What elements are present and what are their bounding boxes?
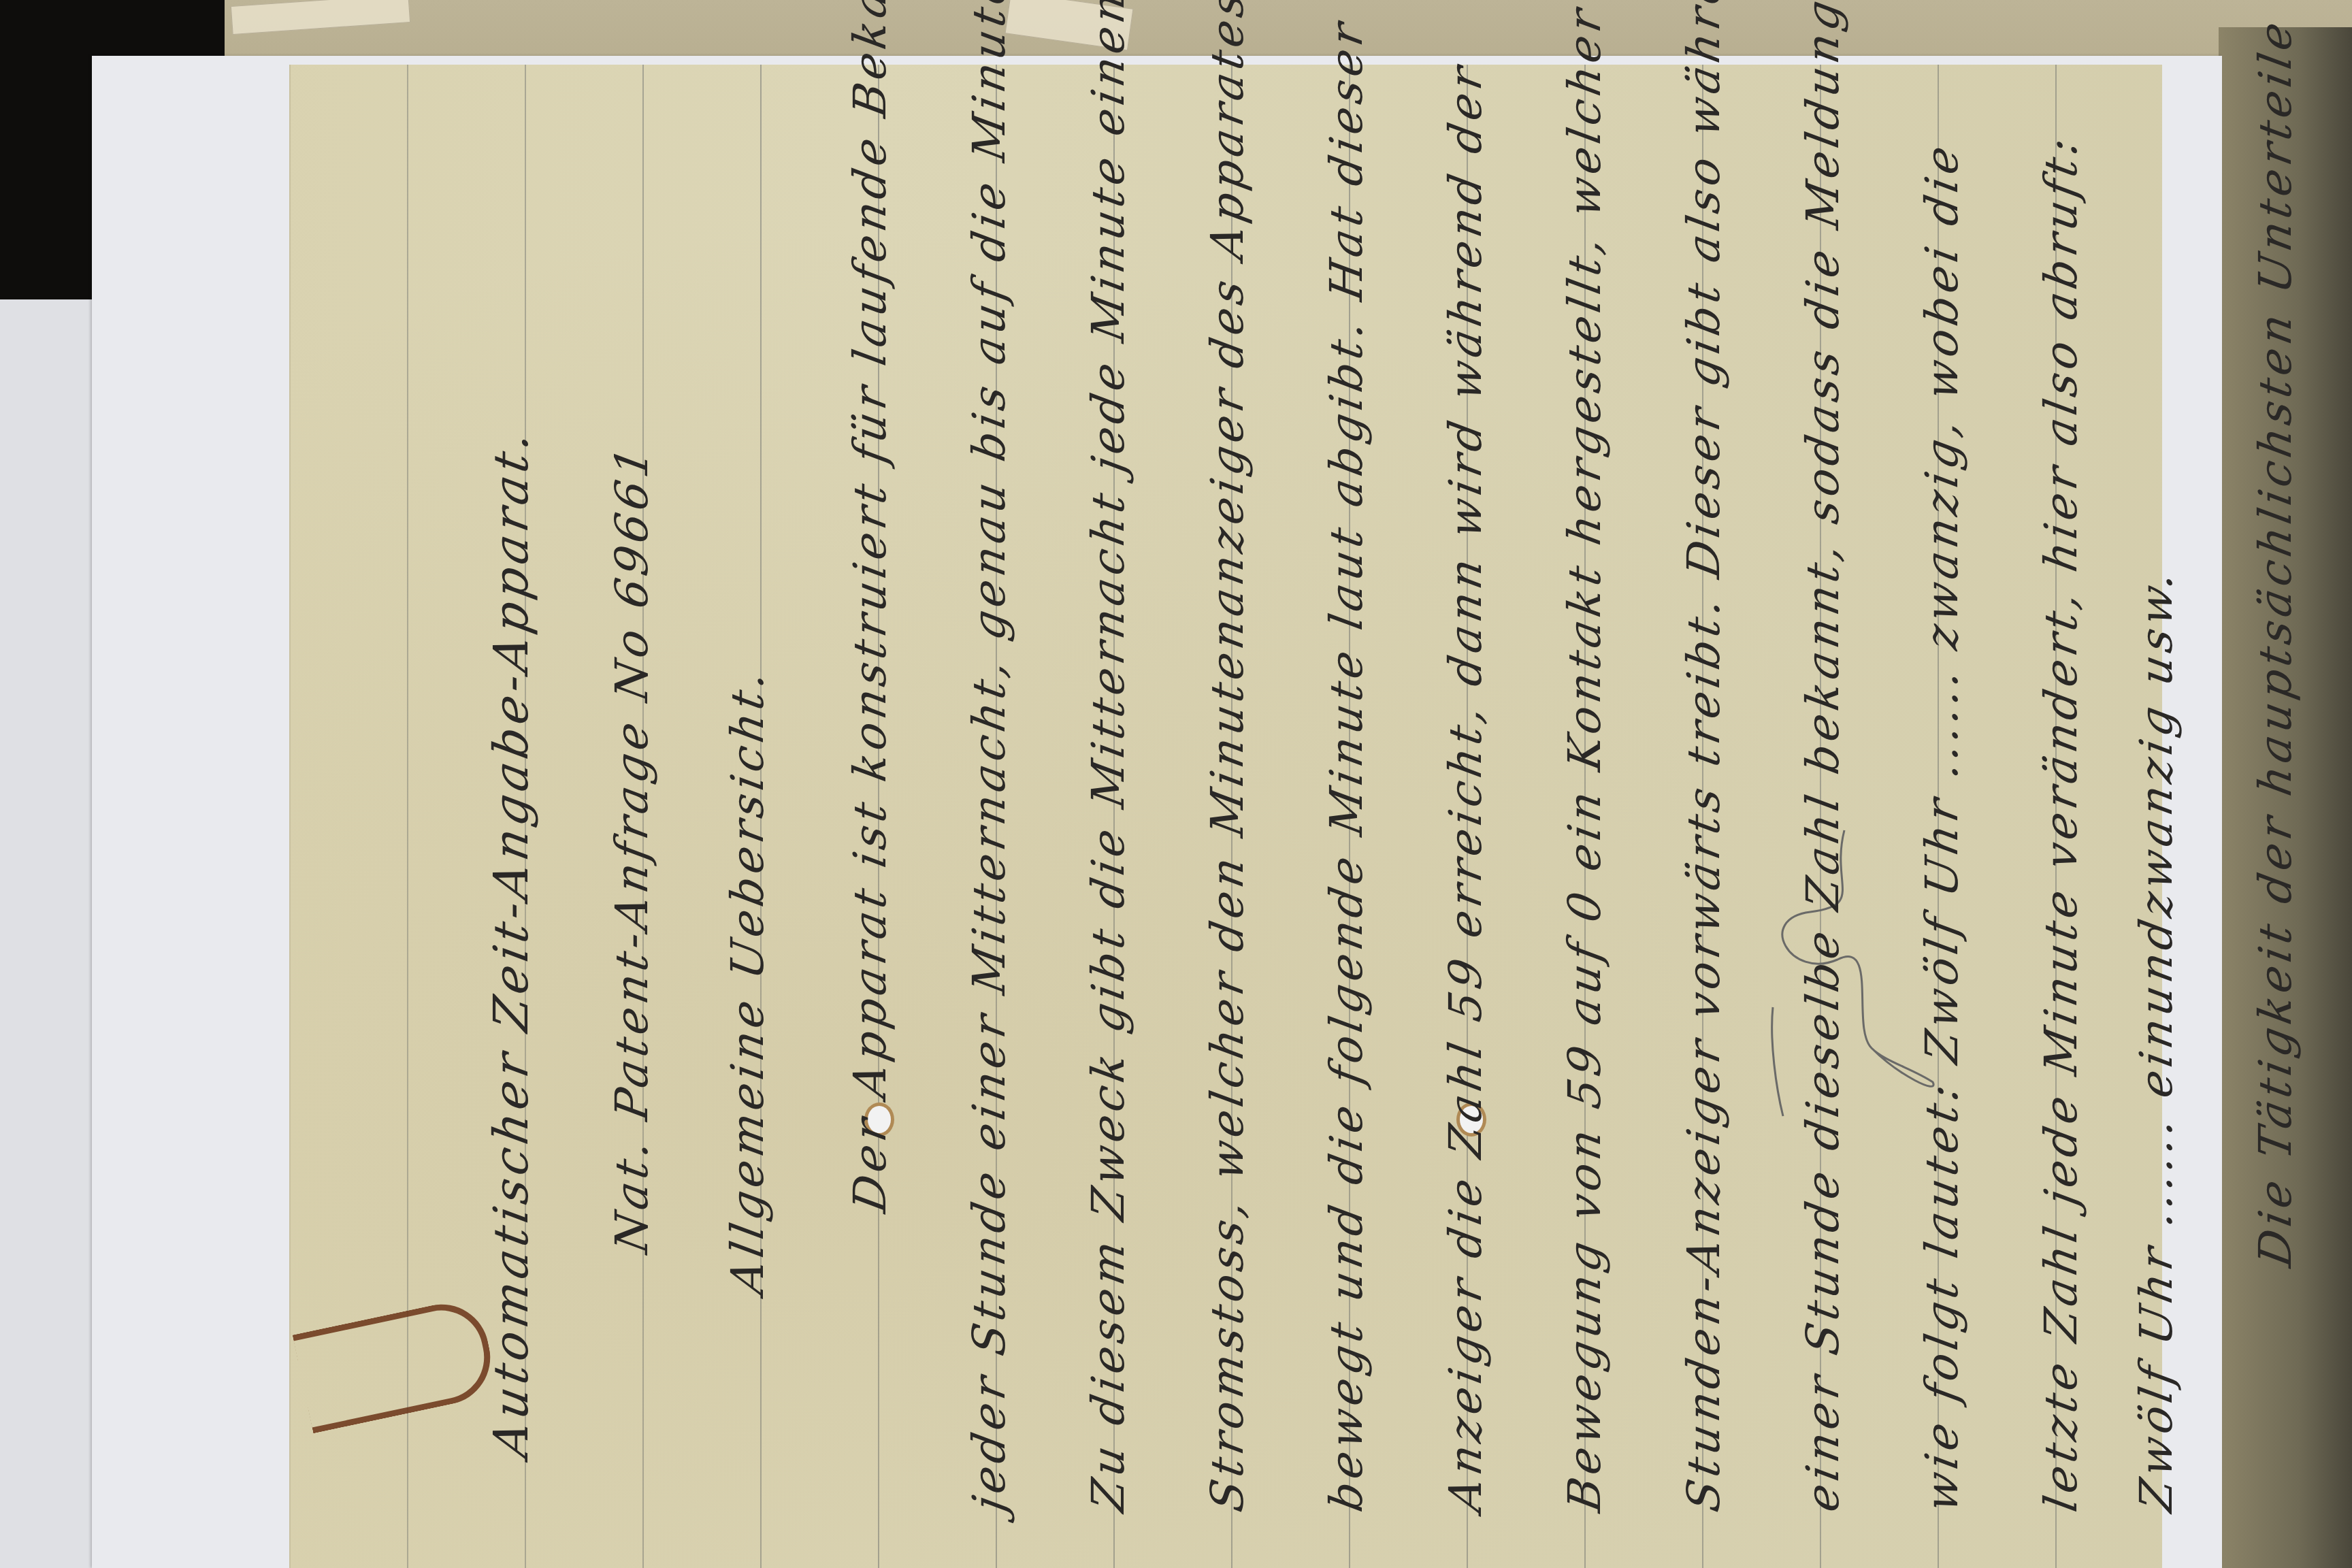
body-line: Zu diesem Zweck gibt die Mitternacht jed… <box>1082 0 1134 1516</box>
body-line: jeder Stunde einer Mitternacht, genau bi… <box>963 0 1015 1516</box>
body-line: Stunden-Anzeiger vorwärts treibt. Dieser… <box>1678 0 1730 1516</box>
body-line: letzte Zahl jede Minute verändert, hier … <box>2035 130 2087 1516</box>
patent-reference: Nat. Patent-Anfrage No 69661 <box>606 440 658 1257</box>
body-line: bewegt und die folgende Minute laut abgi… <box>1320 15 1373 1516</box>
section-heading: Allgemeine Uebersicht. <box>721 664 774 1298</box>
body-line: Zwölf Uhr ...... einundzwanzig usw. <box>2130 564 2183 1516</box>
body-line: Die Tätigkeit der hauptsächlichsten Unte… <box>2249 0 2302 1271</box>
body-line: Der Apparat ist konstruiert für laufende… <box>844 0 896 1216</box>
body-line: wie folgt lautet: Zwölf Uhr ...... zwanz… <box>1916 138 1968 1516</box>
handwritten-text-block: Automatischer Zeit-Angabe-Apparat. Nat. … <box>381 150 1742 1511</box>
backing-card <box>0 299 95 1568</box>
document-title: Automatischer Zeit-Angabe-Apparat. <box>483 424 539 1461</box>
body-line: Anzeiger die Zahl 59 erreicht, dann wird… <box>1439 59 1492 1515</box>
body-line: einer Stunde dieselbe Zahl bekannt, soda… <box>1797 0 1849 1516</box>
body-line: Stromstoss, welcher den Minutenanzeiger … <box>1201 0 1254 1516</box>
body-line: Bewegung von 59 auf 0 ein Kontakt herges… <box>1558 0 1611 1516</box>
